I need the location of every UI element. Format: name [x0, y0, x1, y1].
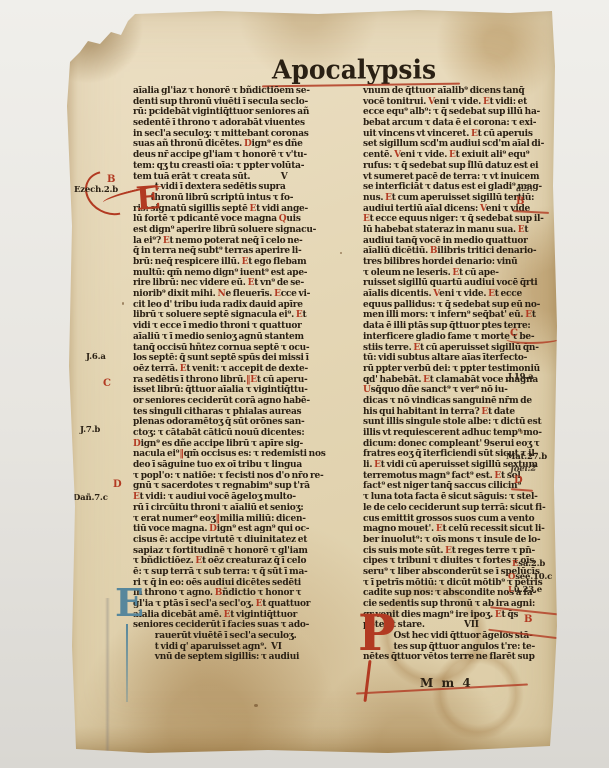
text-line: set sigillum scd'm audiui scd'm aīal di- — [363, 139, 555, 150]
text-line: deo ī sāguine tuo ex oī tribu τ lingua — [133, 460, 321, 471]
text-line: vnū de septem sigillis: τ audiui — [133, 652, 321, 663]
text-line: τ bñdictiōez. Et oēz creaturaz q̄ ī celo — [133, 556, 321, 567]
text-line: ecce equ⁹ alb⁹: τ q̄ sedebat sup illū ha… — [363, 107, 555, 118]
photo-backdrop: Apocalypsis aīalia gl'iaz τ honorē τ bñd… — [0, 0, 609, 768]
text-line: aīalia gl'iaz τ honorē τ bñdictiōem se- — [133, 86, 321, 97]
text-line: los septē: q̄ sunt septē spūs dei missi … — [133, 353, 321, 364]
text-line: men illi mors: τ infern⁹ seq̄bat' eū. Et — [363, 310, 555, 321]
text-line: isset librū: q̄ttuor aīalia τ vigintiq̄t… — [133, 385, 321, 396]
text-line: dicas τ nō vindicas sanguinē nr̄m de — [363, 396, 555, 407]
text-line: tres bilibres hordei denario: vinū — [363, 257, 555, 268]
text-line: aīaliū dicētiū. Bilibris tritici denario… — [363, 246, 555, 257]
text-line: denti sup thronū viuēti ī secula seclo- — [133, 97, 321, 108]
stain-speck — [122, 302, 124, 305]
margin-note-left-d: D — [113, 479, 121, 490]
text-line: in throno τ agno. Bñdictio τ honor τ — [133, 588, 321, 599]
margin-note-j19a: J.19.a — [508, 372, 533, 382]
text-line: thronū librū scriptū intus τ fo- — [133, 193, 321, 204]
text-line: rauerūt viuētē ī secl'a seculoʒ. — [133, 631, 321, 642]
text-line: multū: qm̄ nemo dign⁹ iuent⁹ est ape- — [133, 268, 321, 279]
text-line: τ oleum ne leseris. Et cū ape- — [363, 268, 555, 279]
initial-letter-chapter6: E — [115, 584, 144, 622]
text-line: tem tuā erāt τ creata sūt. V — [133, 172, 321, 183]
text-line: tiū voce magna. Dign⁹ est agn⁹ qui oc- — [133, 524, 321, 535]
text-line: est dign⁹ aperire librū soluere signacu- — [133, 225, 321, 236]
margin-note-a5: ā.5. — [516, 184, 533, 195]
stain-speck — [468, 160, 471, 163]
text-line: illis vt requiescerent adhuc temp⁹ mo- — [363, 428, 555, 439]
text-line: tem: qʒ tu creasti oīa: τ ppter volūta- — [133, 161, 321, 172]
stain-speck — [340, 252, 342, 254]
text-line: librū τ soluere septē signacula ei⁹. Et — [133, 310, 321, 321]
text-line: ruisset sigillū quartū audiui vocē q̄rti — [363, 278, 555, 289]
margin-note-right-d: D — [514, 475, 522, 486]
text-line: gnū τ sacerdotes τ regnabim⁹ sup t'rā — [133, 481, 321, 492]
text-line: centē. Veni τ vide. Et exiuit ali⁹ equ⁹ — [363, 150, 555, 161]
text-line: ri τ q̄ in eo: oēs audiui dicētes sedēti — [133, 578, 321, 589]
margin-note-lu: Lu.23.e — [508, 585, 542, 595]
stain-speck — [254, 704, 258, 707]
text-line: cit leo d' tribu iuda radix dauid apīre — [133, 300, 321, 311]
margin-note-ezech: Ezech.2.b — [74, 185, 118, 195]
margin-note-joel: Joel:2 — [510, 464, 537, 475]
margin-note-j6a: J.6.a — [86, 352, 106, 362]
red-swoosh — [506, 332, 564, 344]
text-line: rū ī circūitu throni τ aīaliū et senioʒ: — [133, 503, 321, 514]
margin-note-left-c: C — [103, 378, 111, 389]
text-line: vocē tonitrui. Veni τ vide. Et vidi: et — [363, 97, 555, 108]
text-line: in secl'a seculoʒ: τ mittebant coronas — [133, 129, 321, 140]
text-line: ctoʒ: τ cātabāt cāticū nouū dicentes: — [133, 428, 321, 439]
text-line: uit vincens vt vinceret. Et cū aperuis — [363, 129, 555, 140]
text-line: rire librū: nec videre eū. Et vn⁹ de se- — [133, 278, 321, 289]
text-line: rufus: τ q̄ sedebat sup illū datuz est e… — [363, 161, 555, 172]
text-line: sunt illis singule stole albe: τ dictū e… — [363, 417, 555, 428]
text-line: ra sedētis ī throno librū.‖Et cū aperu- — [133, 375, 321, 386]
margin-note-left-b: B — [107, 174, 115, 185]
text-line: rū: pcidebāt vigintiq̄ttuor seniores añ — [133, 107, 321, 118]
text-line: t vidi q' aparuisset agn⁹. VI — [133, 642, 321, 653]
text-line: gl'ia τ ptās ī secl'a secl'oʒ. Et quattu… — [133, 599, 321, 610]
text-line: vidi τ ecce ī medio throni τ quattuor — [133, 321, 321, 332]
text-line: cis suis mote sūt. Et reges terre τ pn̄- — [363, 546, 555, 557]
text-line: Dign⁹ es dñe accipe librū τ apīre sig- — [133, 439, 321, 450]
text-line: Et vidi: τ audiui vocē āgeloʒ multo- — [133, 492, 321, 503]
text-line: aīalia dicebāt amē. Et vigintiq̄ttuor — [133, 610, 321, 621]
text-line: aīaliū τ ī medio senioʒ agnū stantem — [133, 332, 321, 343]
text-line: equus pallidus: τ q̄ sedebat sup eū no- — [363, 300, 555, 311]
text-line: oēz terrā. Et venit: τ accepit de dexte- — [133, 364, 321, 375]
text-line: audiui tertiū aīal dicens: Veni τ vide — [363, 204, 555, 215]
text-line: Et ecce equus niger: τ q̄ sedebat sup il… — [363, 214, 555, 225]
text-line: seniores ceciderūt ī facies suas τ ado- — [133, 620, 321, 631]
text-line: tū: vidi subtus altare aīas īterfecto- — [363, 353, 555, 364]
initial-letter-chapter7: P — [358, 608, 396, 658]
margin-note-mat: Mat.27.b — [506, 452, 547, 462]
text-line: cus emittit grossos suos cum a vento — [363, 514, 555, 525]
margin-note-esa: Esa.2.b — [512, 559, 545, 569]
text-line: τ popl'o: τ natiōe: τ fecisti nos d'o nr… — [133, 471, 321, 482]
text-line: la ei⁹? Et nemo poterat neq̄ ī celo ne- — [133, 236, 321, 247]
stain-speck — [520, 430, 523, 434]
margin-note-right-b: B — [516, 196, 524, 207]
text-line: vt sumeret pacē de terra: τ vt inuicem — [363, 172, 555, 183]
text-line: Usq̄quo dñe sanct⁹ τ ver⁹ nō iu- — [363, 385, 555, 396]
text-line: tanq̄ occisū hñtez cornua septē τ ocu- — [133, 343, 321, 354]
text-line: nus. Et cum aperuisset sigillū tertiū: — [363, 193, 555, 204]
text-line: stiis terre. Et cū aperuisset sigillū q̄… — [363, 343, 555, 354]
margin-note-right-b2: B — [524, 614, 532, 625]
margin-note-osee: Osee.10.c — [508, 572, 552, 582]
text-line: magno mouet'. Et celū recessit sicut li- — [363, 524, 555, 535]
text-line: his qui habitant in terra? Et date — [363, 407, 555, 418]
text-line: plenas odoramētoʒ q̄ sūt orōnes san- — [133, 417, 321, 428]
text-line: le de celo ceciderunt sup terrā: sicut f… — [363, 503, 555, 514]
text-line: sapiaz τ fortitudinē τ honorē τ gl'iam — [133, 546, 321, 557]
text-line: τ luna tota facta ē sicut sāguis: τ stel… — [363, 492, 555, 503]
text-line: nacula ei⁹‖qm̄ occisus es: τ redemisti n… — [133, 449, 321, 460]
text-line: aīalis dicentis. Veni τ vide. Et ecce — [363, 289, 555, 300]
text-line: tes singuli citharas τ phialas aureas — [133, 407, 321, 418]
text-line: audiui tanq̄ vocē in medio quattuor — [363, 236, 555, 247]
text-line: lū habebat stateraz in manu sua. Et — [363, 225, 555, 236]
text-line: or seniores ceciderūt corā agno habē- — [133, 396, 321, 407]
incunabulum-leaf: Apocalypsis aīalia gl'iaz τ honorē τ bñd… — [58, 6, 558, 754]
text-column-left: aīalia gl'iaz τ honorē τ bñdictiōem se-d… — [133, 86, 321, 663]
text-line: bebat arcum τ data ē ei corona: τ exi- — [363, 118, 555, 129]
text-line: deus nr̄ accipe gl'iam τ honorē τ v'tu- — [133, 150, 321, 161]
text-line: ē: τ sup terrā τ sub terra: τ q̄ sūt ī m… — [133, 567, 321, 578]
margin-note-dan: Dañ.7.c — [73, 493, 108, 503]
text-line: cisus ē: accipe virtutē τ diuinitatez et — [133, 535, 321, 546]
margin-note-j7b: J.7.b — [80, 425, 100, 435]
paper-crease — [105, 598, 110, 754]
page-title: Apocalypsis — [58, 54, 558, 84]
text-line: suas añ thronū dicētes. Dign⁹ es dñe — [133, 139, 321, 150]
text-line: niorib⁹ dixit mihi. Ne fleuerīs. Ecce vi… — [133, 289, 321, 300]
text-line: vnum de q̄ttuor aīalib⁹ dicens tanq̄ — [363, 86, 555, 97]
text-line: q̄ in terra neq̄ subt⁹ terras aperire li… — [133, 246, 321, 257]
text-line: brū: neq̄ respicere illū. Et ego flebam — [133, 257, 321, 268]
text-line: data ē illi ptās sup q̄ttuor ptes terre: — [363, 321, 555, 332]
text-line: sedentē ī throno τ adorabāt viuentes — [133, 118, 321, 129]
text-line: dicum: donec compleant' 9serui eoʒ τ — [363, 439, 555, 450]
text-line: τ erat numer⁹ eoʒ‖milia miliū: dicen- — [133, 514, 321, 525]
text-line: ber inuolut⁹: τ oīs mons τ insule de lo- — [363, 535, 555, 546]
